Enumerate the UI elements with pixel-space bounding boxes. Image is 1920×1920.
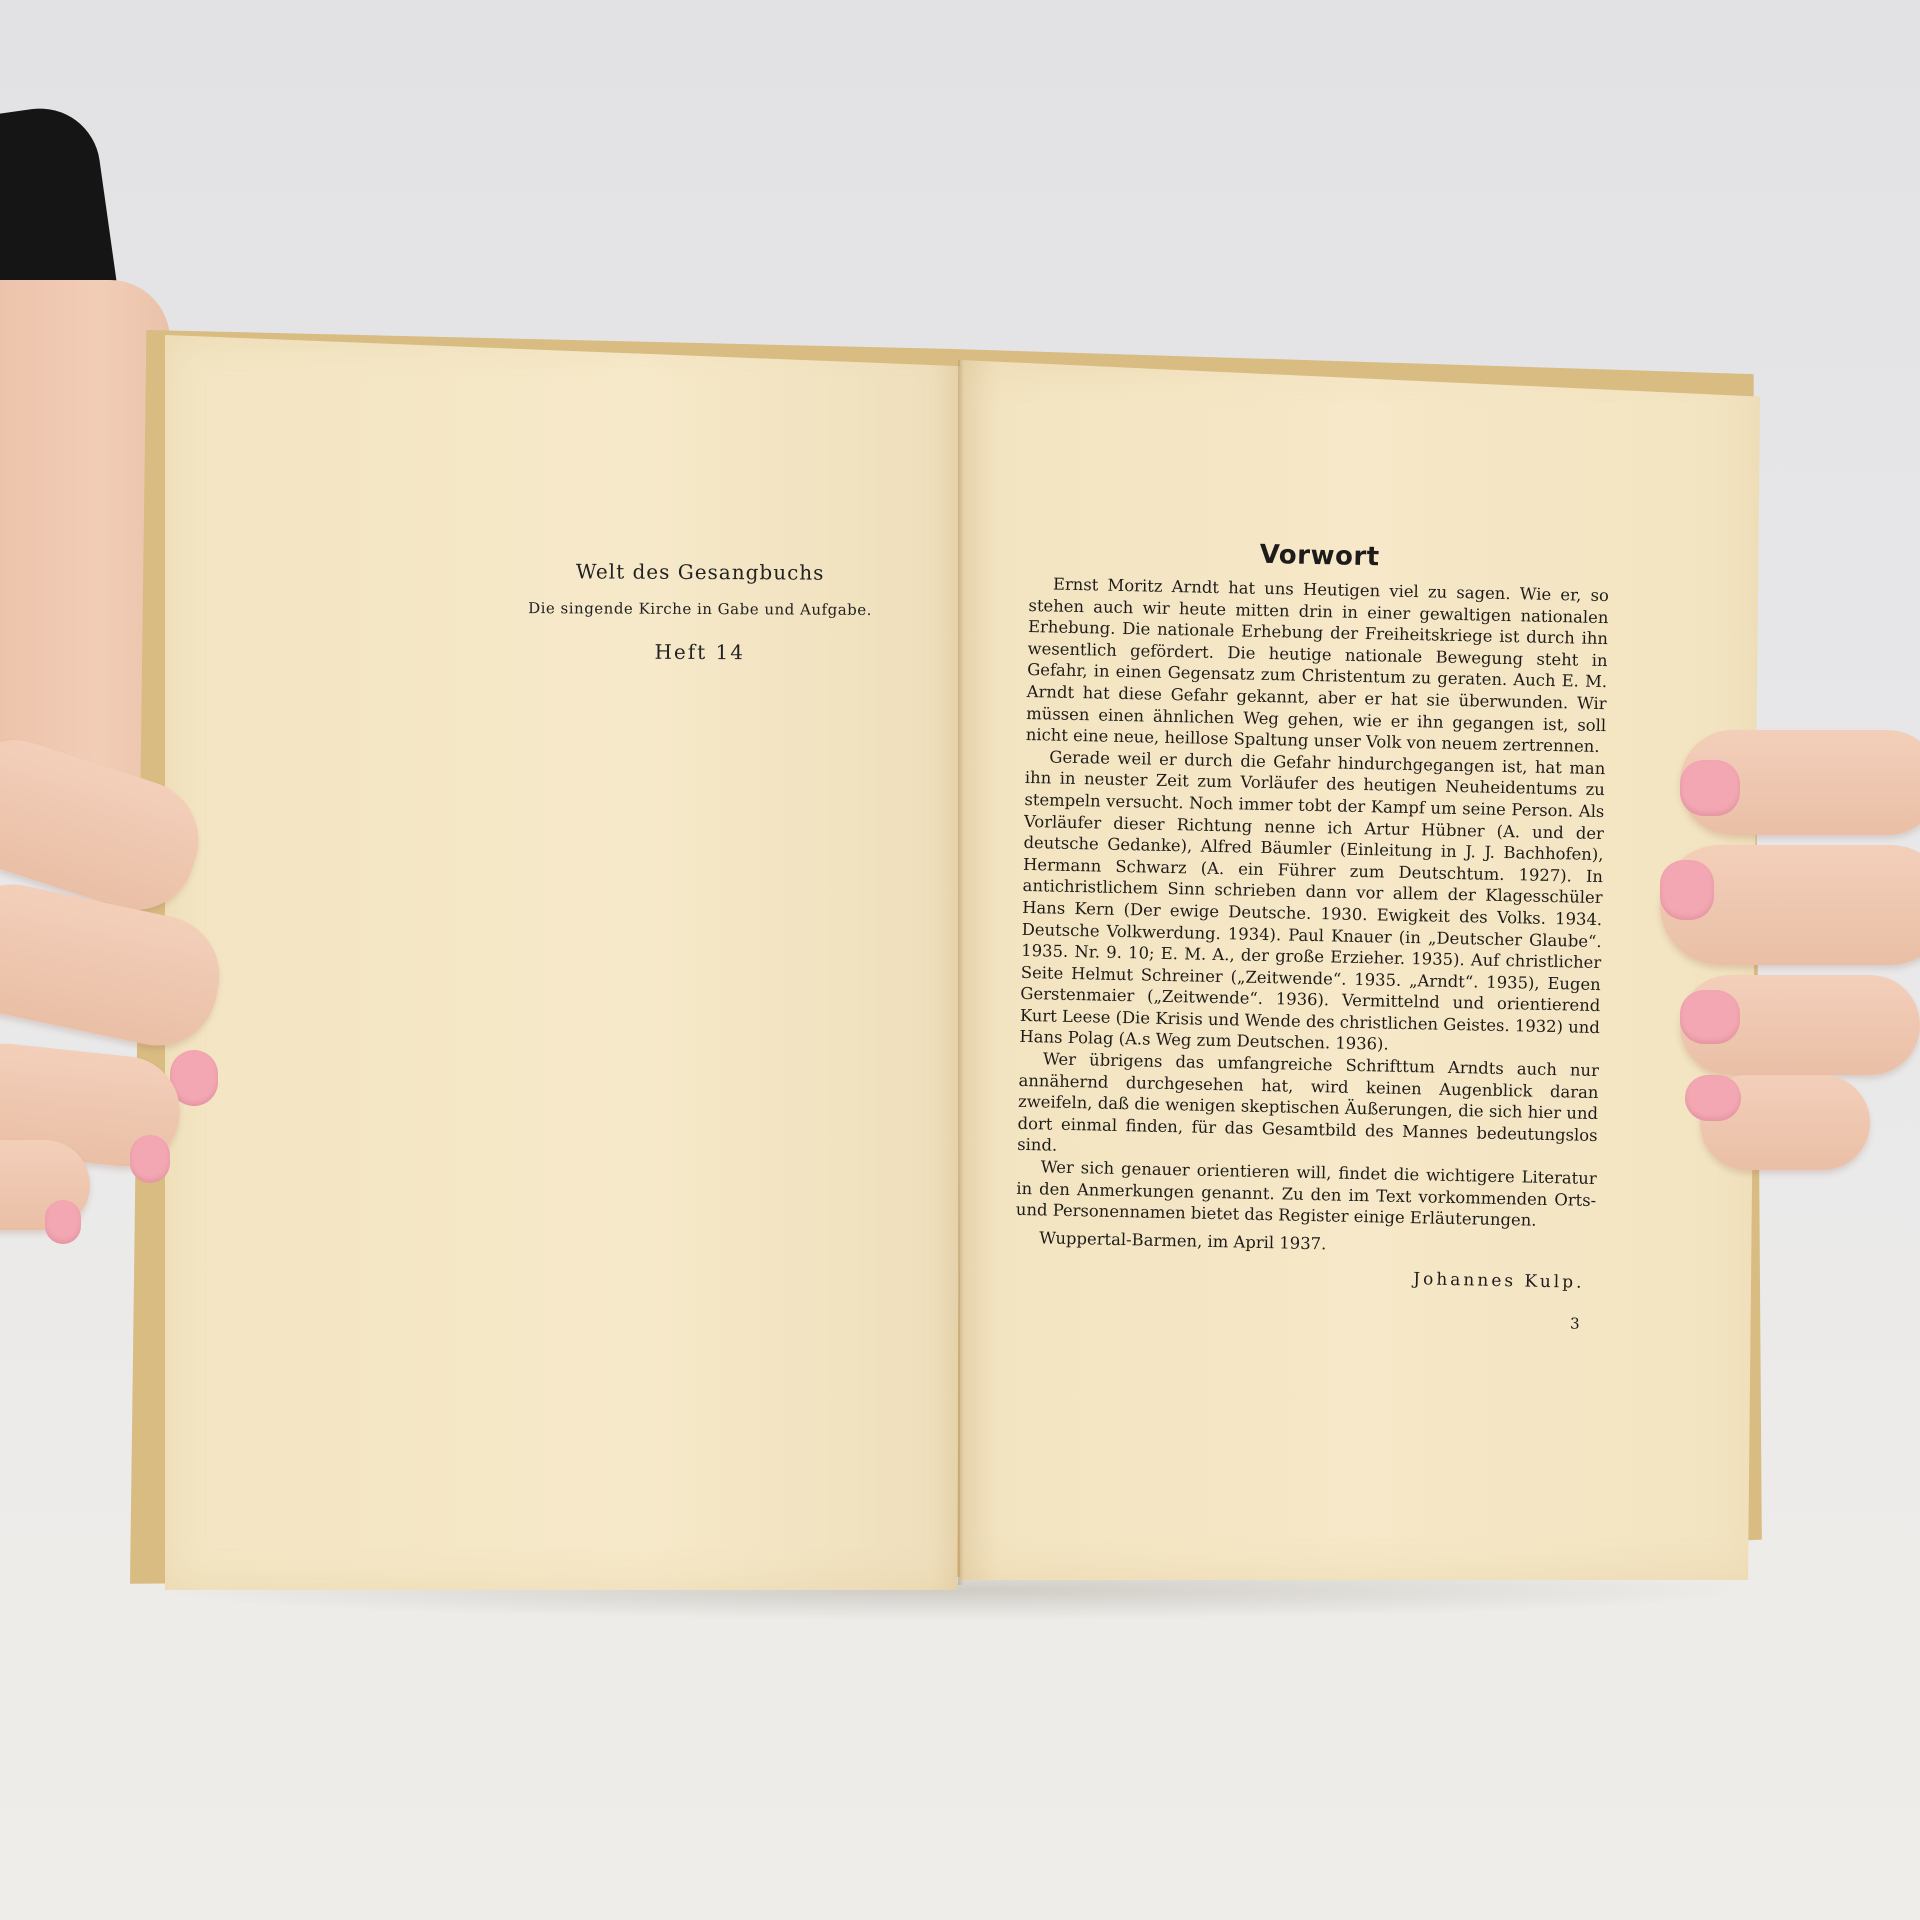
- series-title: Welt des Gesangbuchs: [420, 559, 980, 586]
- author-signature: Johannes Kulp.: [1014, 1261, 1594, 1293]
- foreword-paragraph: Wer übrigens das umfangreiche Schrifttum…: [1017, 1048, 1599, 1168]
- issue-number: Heft 14: [420, 639, 980, 666]
- left-page: [165, 335, 965, 1590]
- fingernail: [1660, 860, 1714, 920]
- fingernail: [1680, 760, 1740, 816]
- fingernail: [1685, 1075, 1741, 1121]
- title-block: Welt des Gesangbuchs Die singende Kirche…: [420, 559, 981, 666]
- book-gutter: [958, 360, 964, 1585]
- foreword-paragraph: Ernst Moritz Arndt hat uns Heutigen viel…: [1026, 573, 1609, 758]
- foreword-paragraph: Wer sich genauer orientieren will, finde…: [1016, 1156, 1597, 1233]
- fingernail: [130, 1135, 170, 1183]
- place-date: Wuppertal-Barmen, im April 1937.: [1015, 1227, 1595, 1261]
- foreword-block: Vorwort Ernst Moritz Arndt hat uns Heuti…: [1014, 535, 1610, 1333]
- series-subtitle: Die singende Kirche in Gabe und Aufgabe.: [420, 599, 980, 620]
- foreword-paragraph: Gerade weil er durch die Gefahr hindurch…: [1019, 746, 1605, 1060]
- fingernail: [45, 1200, 81, 1244]
- right-hand: [1640, 720, 1920, 1200]
- fingernail: [1680, 990, 1740, 1044]
- left-hand: [0, 760, 270, 1260]
